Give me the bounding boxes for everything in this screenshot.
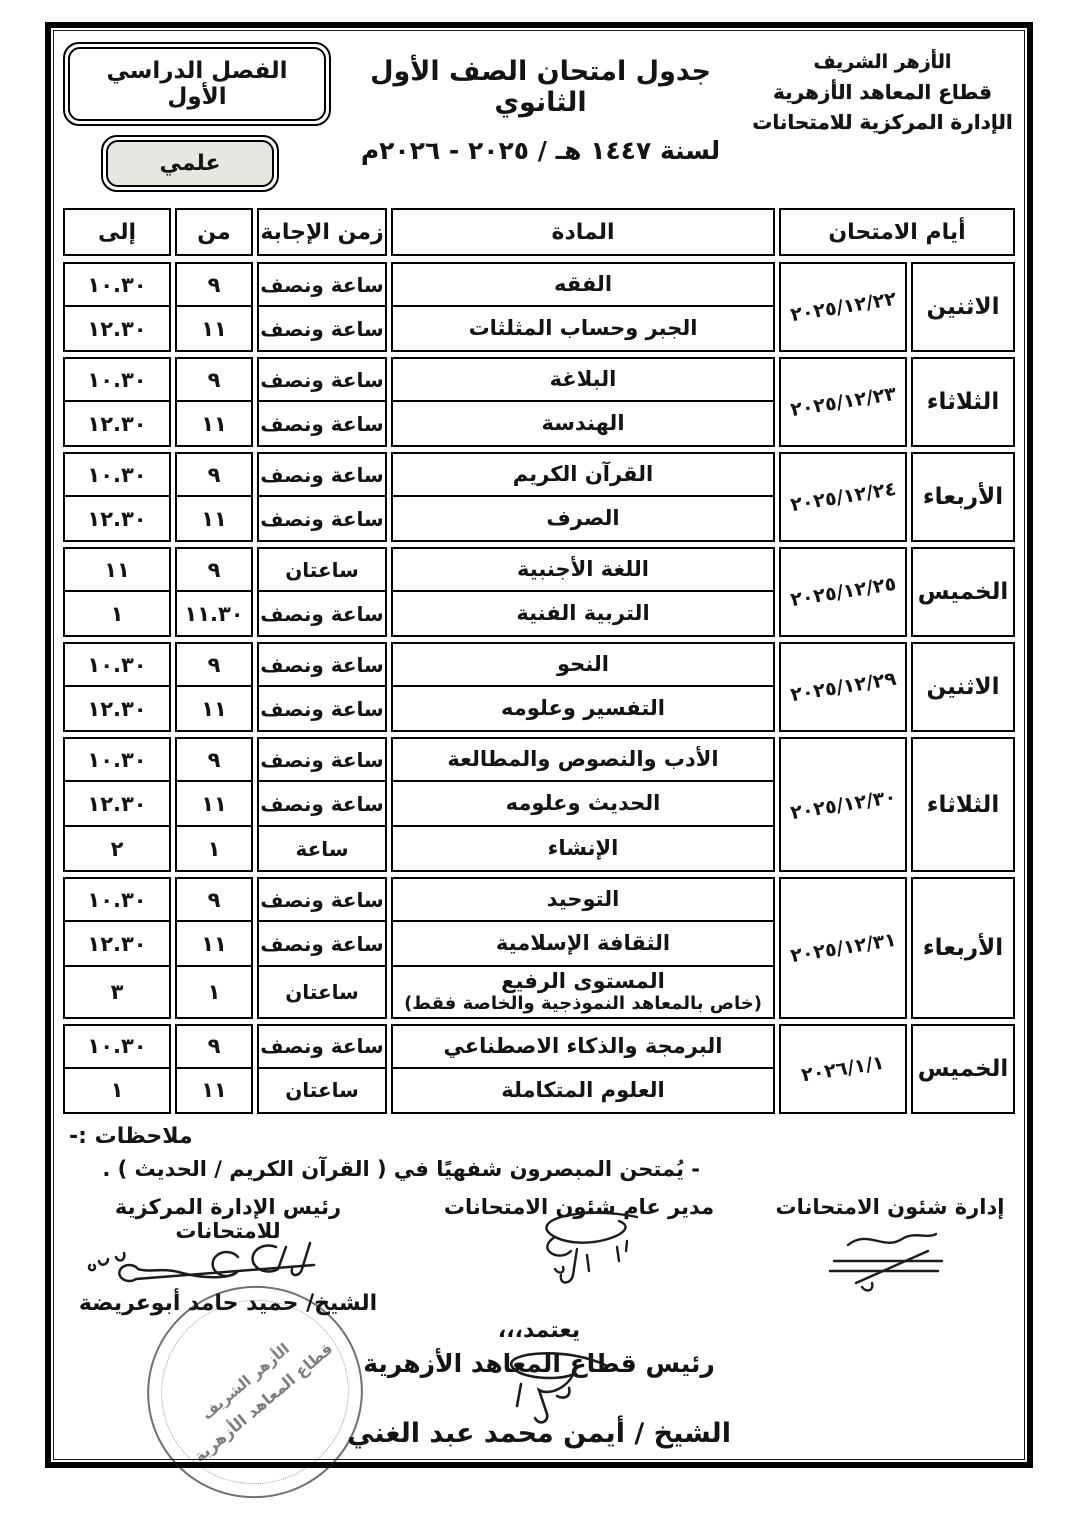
subject-cell: الثقافة الإسلامية	[391, 922, 775, 967]
subject-name: اللغة الأجنبية	[517, 557, 649, 581]
start-time-cell: ٩	[175, 877, 253, 922]
end-time-cell: ١٠.٣٠	[63, 1024, 171, 1069]
exam-day-cell: الاثنين	[911, 642, 1015, 732]
exam-day-cell: الأربعاء	[911, 452, 1015, 542]
subject-cell: الهندسة	[391, 402, 775, 447]
end-time-cell: ١٢.٣٠	[63, 687, 171, 732]
exam-date: ٢٠٢٥/١٢/٣٠	[789, 785, 898, 823]
header-from: من	[175, 208, 253, 256]
notes-item: - يُمتحن المبصرون شفهيًا في ( القرآن الك…	[63, 1157, 1015, 1181]
subject-name: الأدب والنصوص والمطالعة	[447, 747, 718, 771]
exam-date-cell: ٢٠٢٥/١٢/٢٥	[779, 547, 907, 637]
start-time-cell: ١١	[175, 922, 253, 967]
subject-name: المستوى الرفيع	[501, 969, 665, 993]
subject-name: التفسير وعلومه	[501, 696, 665, 720]
day-block: الأربعاء٢٠٢٥/١٢/٣١التوحيدساعة ونصف٩١٠.٣٠…	[63, 877, 1015, 1019]
start-time-cell: ٩	[175, 1024, 253, 1069]
exam-date-cell: ٢٠٢٥/١٢/٣١	[779, 877, 907, 1019]
answer-duration-cell: ساعة ونصف	[257, 642, 387, 687]
title-block: جدول امتحان الصف الأول الثانوي لسنة ١٤٤٧…	[331, 42, 750, 165]
subject-cell: الفقه	[391, 262, 775, 307]
subject-name: الصرف	[546, 506, 619, 530]
end-time-cell: ٢	[63, 827, 171, 872]
director-title: مدير عام شئون الامتحانات	[393, 1195, 765, 1219]
answer-duration-cell: ساعة ونصف	[257, 782, 387, 827]
subject-cell: النحو	[391, 642, 775, 687]
answer-duration-cell: ساعة ونصف	[257, 357, 387, 402]
answer-duration-cell: ساعة ونصف	[257, 1024, 387, 1069]
notes-section: ملاحظات :- - يُمتحن المبصرون شفهيًا في (…	[63, 1124, 1015, 1181]
approval-name: الشيخ / أيمن محمد عبد الغني	[63, 1418, 1015, 1449]
end-time-cell: ١٠.٣٠	[63, 642, 171, 687]
end-time-cell: ١٠.٣٠	[63, 262, 171, 307]
org-line-1: الأزهر الشريف	[750, 48, 1015, 77]
end-time-cell: ١٢.٣٠	[63, 782, 171, 827]
exam-date-cell: ٢٠٢٥/١٢/٢٩	[779, 642, 907, 732]
end-time-cell: ١٠.٣٠	[63, 452, 171, 497]
answer-duration-cell: ساعتان	[257, 967, 387, 1019]
answer-duration-cell: ساعتان	[257, 1069, 387, 1114]
day-block: الثلاثاء٢٠٢٥/١٢/٢٣البلاغةساعة ونصف٩١٠.٣٠…	[63, 357, 1015, 447]
end-time-cell: ١٢.٣٠	[63, 402, 171, 447]
exam-day-cell: الثلاثاء	[911, 737, 1015, 872]
signatures-row: إدارة شئون الامتحانات مدير عام شئون الام…	[63, 1195, 1015, 1316]
answer-duration-cell: ساعة ونصف	[257, 922, 387, 967]
semester-badge: الفصل الدراسي الأول	[63, 42, 331, 126]
subject-cell: البرمجة والذكاء الاصطناعي	[391, 1024, 775, 1069]
start-time-cell: ٩	[175, 547, 253, 592]
start-time-cell: ٩	[175, 262, 253, 307]
exam-day-cell: الخميس	[911, 547, 1015, 637]
document-header: الأزهر الشريف قطاع المعاهد الأزهرية الإد…	[63, 42, 1015, 192]
end-time-cell: ١١	[63, 547, 171, 592]
start-time-cell: ١١	[175, 497, 253, 542]
page-frame: الأزهر الشريف قطاع المعاهد الأزهرية الإد…	[45, 22, 1033, 1468]
scanned-exam-schedule-page: { "page": { "semester_badge": "الفصل الد…	[0, 0, 1080, 1522]
start-time-cell: ١١.٣٠	[175, 592, 253, 637]
subject-cell: التربية الفنية	[391, 592, 775, 637]
subject-cell: القرآن الكريم	[391, 452, 775, 497]
answer-duration-cell: ساعة ونصف	[257, 592, 387, 637]
subject-cell: البلاغة	[391, 357, 775, 402]
answer-duration-cell: ساعة ونصف	[257, 497, 387, 542]
exam-table-header: أيام الامتحان المادة زمن الإجابة من إلى	[63, 208, 1015, 256]
answer-duration-cell: ساعة ونصف	[257, 402, 387, 447]
answer-duration-cell: ساعة ونصف	[257, 262, 387, 307]
track-badge: علمي	[101, 135, 279, 192]
exam-date: ٢٠٢٥/١٢/٢٢	[789, 288, 898, 326]
end-time-cell: ١٠.٣٠	[63, 357, 171, 402]
exam-date-cell: ٢٠٢٦/١/١	[779, 1024, 907, 1114]
start-time-cell: ١١	[175, 307, 253, 352]
subject-note: (خاص بالمعاهد النموذجية والخاصة فقط)	[404, 994, 762, 1015]
end-time-cell: ١٢.٣٠	[63, 497, 171, 542]
exam-date: ٢٠٢٥/١٢/٢٣	[789, 383, 898, 421]
dept-title: إدارة شئون الامتحانات	[765, 1195, 1015, 1219]
exam-date-cell: ٢٠٢٥/١٢/٢٤	[779, 452, 907, 542]
exam-date: ٢٠٢٥/١٢/٢٤	[789, 478, 898, 516]
start-time-cell: ٩	[175, 357, 253, 402]
end-time-cell: ١٢.٣٠	[63, 922, 171, 967]
subject-cell: الأدب والنصوص والمطالعة	[391, 737, 775, 782]
start-time-cell: ١١	[175, 1069, 253, 1114]
director-signature-scribble	[459, 1211, 699, 1295]
badges-column: الفصل الدراسي الأول علمي	[63, 42, 331, 192]
answer-duration-cell: ساعة ونصف	[257, 877, 387, 922]
page-subtitle: لسنة ١٤٤٧ هـ / ٢٠٢٥ - ٢٠٢٦م	[331, 136, 750, 165]
track-badge-label: علمي	[106, 140, 274, 187]
subject-name: التربية الفنية	[516, 601, 649, 625]
subject-cell: الإنشاء	[391, 827, 775, 872]
answer-duration-cell: ساعة ونصف	[257, 307, 387, 352]
dept-signature-scribble	[810, 1225, 970, 1299]
header-subject: المادة	[391, 208, 775, 256]
subject-name: الهندسة	[541, 411, 624, 435]
subject-cell: الجبر وحساب المثلثات	[391, 307, 775, 352]
exam-date: ٢٠٢٥/١٢/٢٥	[789, 573, 898, 611]
notes-title: ملاحظات :-	[63, 1124, 1015, 1149]
chief-name: الشيخ/ حميد حامد أبوعريضة	[63, 1291, 393, 1316]
subject-name: البرمجة والذكاء الاصطناعي	[444, 1034, 723, 1058]
signature-dept: إدارة شئون الامتحانات	[765, 1195, 1015, 1316]
day-block: الخميس٢٠٢٦/١/١البرمجة والذكاء الاصطناعيس…	[63, 1024, 1015, 1114]
page-title: جدول امتحان الصف الأول الثانوي	[331, 56, 750, 118]
org-line-3: الإدارة المركزية للامتحانات	[750, 107, 1015, 137]
answer-duration-cell: ساعة	[257, 827, 387, 872]
exam-date: ٢٠٢٥/١٢/٢٩	[789, 668, 898, 706]
start-time-cell: ١١	[175, 782, 253, 827]
start-time-cell: ١١	[175, 687, 253, 732]
org-calligraphy-block: الأزهر الشريف قطاع المعاهد الأزهرية الإد…	[750, 42, 1015, 137]
day-block: الأربعاء٢٠٢٥/١٢/٢٤القرآن الكريمساعة ونصف…	[63, 452, 1015, 542]
subject-name: البلاغة	[550, 367, 617, 391]
start-time-cell: ٩	[175, 642, 253, 687]
subject-name: الحديث وعلومه	[506, 791, 661, 815]
subject-cell: الصرف	[391, 497, 775, 542]
subject-cell: التفسير وعلومه	[391, 687, 775, 732]
answer-duration-cell: ساعة ونصف	[257, 737, 387, 782]
signature-director: مدير عام شئون الامتحانات	[393, 1195, 765, 1316]
end-time-cell: ١٠.٣٠	[63, 877, 171, 922]
exam-date-cell: ٢٠٢٥/١٢/٢٣	[779, 357, 907, 447]
subject-name: الثقافة الإسلامية	[496, 931, 670, 955]
subject-cell: التوحيد	[391, 877, 775, 922]
day-block: الثلاثاء٢٠٢٥/١٢/٣٠الأدب والنصوص والمطالع…	[63, 737, 1015, 872]
header-exam-days: أيام الامتحان	[779, 208, 1015, 256]
start-time-cell: ٩	[175, 737, 253, 782]
exam-day-cell: الاثنين	[911, 262, 1015, 352]
start-time-cell: ١	[175, 967, 253, 1019]
day-block: الاثنين٢٠٢٥/١٢/٢٢الفقهساعة ونصف٩١٠.٣٠الج…	[63, 262, 1015, 352]
end-time-cell: ١	[63, 592, 171, 637]
exam-day-cell: الثلاثاء	[911, 357, 1015, 447]
exam-date-cell: ٢٠٢٥/١٢/٢٢	[779, 262, 907, 352]
end-time-cell: ١	[63, 1069, 171, 1114]
subject-name: العلوم المتكاملة	[501, 1078, 665, 1102]
answer-duration-cell: ساعة ونصف	[257, 452, 387, 497]
subject-cell: المستوى الرفيع(خاص بالمعاهد النموذجية وا…	[391, 967, 775, 1019]
answer-duration-cell: ساعة ونصف	[257, 687, 387, 732]
signature-chief: رئيس الإدارة المركزية للامتحانات الشيخ/ …	[63, 1195, 393, 1316]
start-time-cell: ١١	[175, 402, 253, 447]
exam-day-cell: الأربعاء	[911, 877, 1015, 1019]
subject-cell: اللغة الأجنبية	[391, 547, 775, 592]
exam-date: ٢٠٢٦/١/١	[800, 1051, 886, 1086]
exam-table-blocks: الاثنين٢٠٢٥/١٢/٢٢الفقهساعة ونصف٩١٠.٣٠الج…	[63, 262, 1015, 1114]
subject-cell: الحديث وعلومه	[391, 782, 775, 827]
subject-name: الإنشاء	[548, 836, 619, 860]
subject-name: النحو	[557, 652, 609, 676]
subject-name: القرآن الكريم	[513, 462, 653, 486]
exam-day-cell: الخميس	[911, 1024, 1015, 1114]
day-block: الاثنين٢٠٢٥/١٢/٢٩النحوساعة ونصف٩١٠.٣٠الت…	[63, 642, 1015, 732]
subject-name: التوحيد	[547, 887, 620, 911]
answer-duration-cell: ساعتان	[257, 547, 387, 592]
semester-badge-label: الفصل الدراسي الأول	[68, 47, 326, 121]
approval-word: يعتمد،،،	[63, 1318, 1015, 1343]
subject-name: الفقه	[554, 272, 612, 296]
end-time-cell: ١٠.٣٠	[63, 737, 171, 782]
start-time-cell: ١	[175, 827, 253, 872]
end-time-cell: ٣	[63, 967, 171, 1019]
exam-date: ٢٠٢٥/١٢/٣١	[789, 929, 898, 967]
header-to: إلى	[63, 208, 171, 256]
end-time-cell: ١٢.٣٠	[63, 307, 171, 352]
exam-date-cell: ٢٠٢٥/١٢/٣٠	[779, 737, 907, 872]
start-time-cell: ٩	[175, 452, 253, 497]
approval-block: يعتمد،،، رئيس قطاع المعاهد الأزهرية الشي…	[63, 1318, 1015, 1449]
org-line-2: قطاع المعاهد الأزهرية	[750, 77, 1015, 107]
day-block: الخميس٢٠٢٥/١٢/٢٥اللغة الأجنبيةساعتان٩١١ا…	[63, 547, 1015, 637]
subject-name: الجبر وحساب المثلثات	[469, 316, 698, 340]
subject-cell: العلوم المتكاملة	[391, 1069, 775, 1114]
header-duration: زمن الإجابة	[257, 208, 387, 256]
